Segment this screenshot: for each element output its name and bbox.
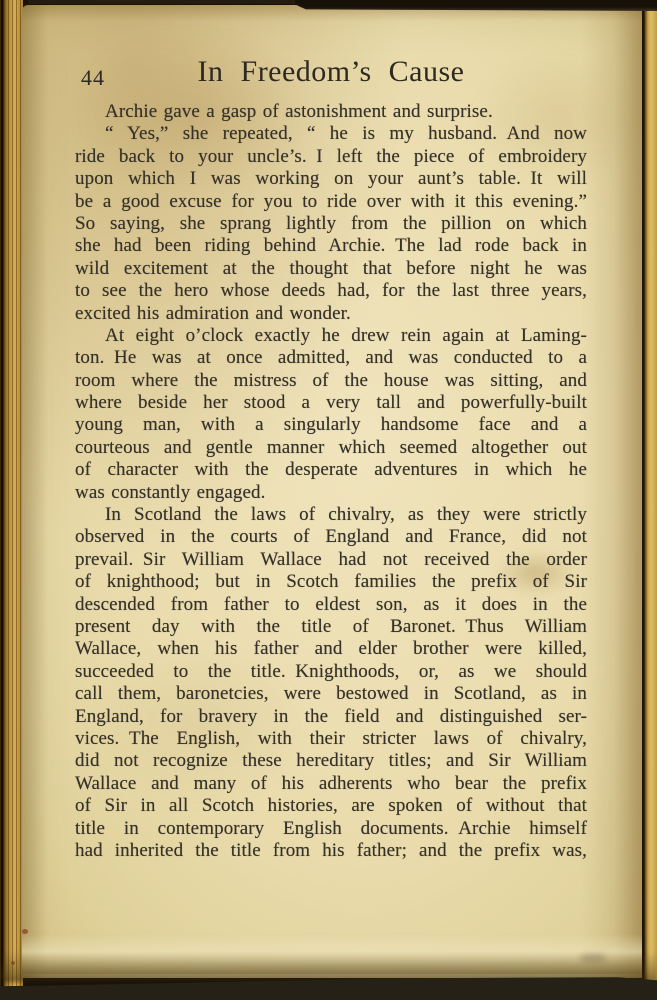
text-line: At eight o’clock exactly he drew rein ag… [75, 325, 587, 347]
paper-speck [22, 929, 28, 934]
page-bottom-shadow [0, 952, 657, 982]
text-line: did not recognize these hereditary title… [75, 750, 587, 772]
text-line: ton. He was at once admitted, and was co… [75, 347, 587, 369]
text-line: Archie gave a gasp of astonishment and s… [75, 101, 587, 123]
text-line: of character with the desperate adventur… [75, 459, 587, 481]
scanned-book-page: 44 In Freedom’s Cause Archie gave a gasp… [0, 0, 657, 1000]
text-line: be a good excuse for you to ride over wi… [75, 191, 587, 213]
text-line: was constantly engaged. [75, 482, 587, 504]
text-line: of knighthood; but in Scotch families th… [75, 571, 587, 593]
book-cover-top-band-right [295, 0, 657, 11]
text-line: wild excitement at the thought that befo… [75, 258, 587, 280]
book-cover-top-band [28, 0, 308, 4]
page-header: 44 In Freedom’s Cause [75, 52, 587, 92]
text-line: to see the hero whose deeds had, for the… [75, 280, 587, 302]
text-line: young man, with a singularly handsome fa… [75, 414, 587, 436]
text-line: succeeded to the title. Knighthoods, or,… [75, 661, 587, 683]
text-line: In Scotland the laws of chivalry, as the… [75, 504, 587, 526]
text-line: had inherited the title from his father;… [75, 840, 587, 862]
text-line: room where the mistress of the house was… [75, 370, 587, 392]
text-line: she had been riding behind Archie. The l… [75, 235, 587, 257]
text-line: “ Yes,” she repeated, “ he is my husband… [75, 123, 587, 145]
text-line: ride back to your uncle’s. I left the pi… [75, 146, 587, 168]
text-line: call them, baronetcies, were bestowed in… [75, 683, 587, 705]
text-line: excited his admiration and wonder. [75, 303, 587, 325]
text-line: of Sir in all Scotch histories, are spok… [75, 795, 587, 817]
text-line: England, for bravery in the field and di… [75, 706, 587, 728]
text-line: where beside her stood a very tall and p… [75, 392, 587, 414]
text-line: vices. The English, with their stricter … [75, 728, 587, 750]
text-line: observed in the courts of England and Fr… [75, 526, 587, 548]
text-line: descended from father to eldest son, as … [75, 594, 587, 616]
page-title: In Freedom’s Cause [75, 52, 587, 92]
text-line: So saying, she sprang lightly from the p… [75, 213, 587, 235]
text-line: upon which I was working on your aunt’s … [75, 168, 587, 190]
page-number: 44 [81, 65, 105, 91]
text-line: title in contemporary English documents.… [75, 818, 587, 840]
text-line: Wallace and many of his adherents who be… [75, 773, 587, 795]
text-line: present day with the title of Baronet. T… [75, 616, 587, 638]
text-line: prevail. Sir William Wallace had not rec… [75, 549, 587, 571]
text-line: Wallace, when his father and elder broth… [75, 638, 587, 660]
book-left-page-edges [0, 0, 23, 1000]
text-line: courteous and gentle manner which seemed… [75, 437, 587, 459]
book-right-page-edges [641, 0, 657, 992]
text-block: Archie gave a gasp of astonishment and s… [75, 101, 587, 862]
